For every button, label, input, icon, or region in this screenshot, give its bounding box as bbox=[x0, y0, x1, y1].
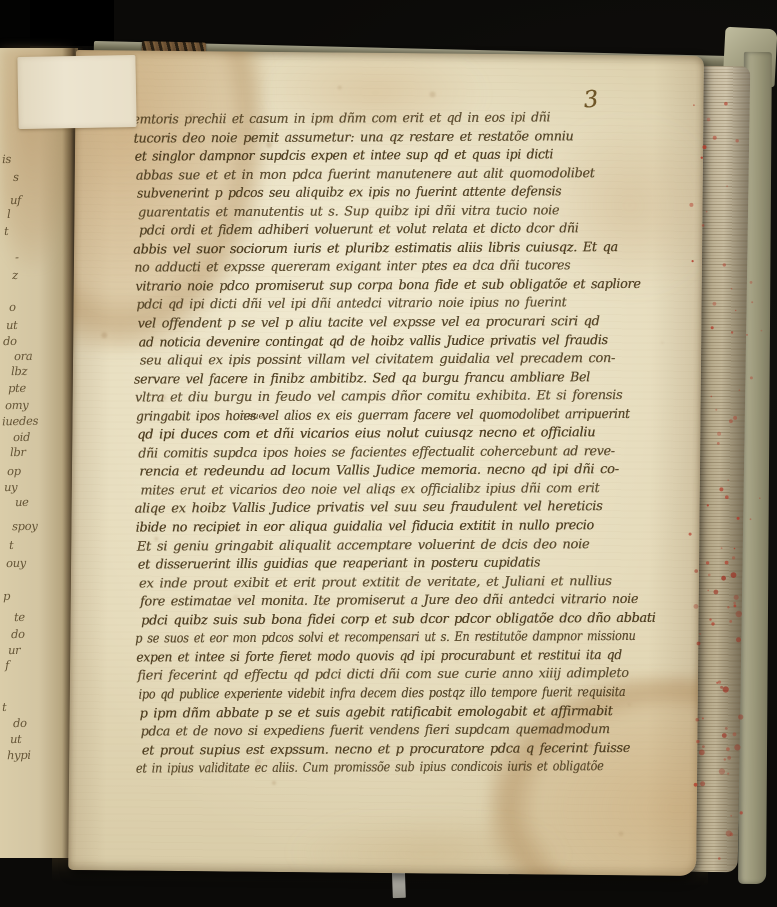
foxing-spot bbox=[101, 332, 107, 338]
facing-page-line-ending: op bbox=[7, 464, 21, 478]
facing-page-line-ending: l bbox=[7, 207, 11, 221]
facing-page-line-ending: z bbox=[12, 268, 18, 282]
repair-patch bbox=[17, 55, 136, 129]
facing-page-line-ending: lbz bbox=[11, 364, 27, 378]
manuscript-text-line: expen et intee si forte fieret modo quov… bbox=[136, 648, 615, 669]
facing-page-line-ending: oid bbox=[13, 430, 30, 444]
facing-page-line-ending: is bbox=[2, 152, 11, 166]
facing-page-line-ending: pte bbox=[8, 381, 26, 395]
facing-page-line-ending: do bbox=[3, 334, 17, 348]
book-cradle-strap bbox=[30, 0, 114, 46]
manuscript-page: 3 emtoris prechii et casum in ipm dñm co… bbox=[68, 50, 704, 876]
facing-page-line-ending: - bbox=[15, 250, 19, 264]
manuscript-photo: issuflt-zoutdooralbzpteomyiuedesoidlbrop… bbox=[0, 0, 777, 907]
facing-page-line-ending: iuedes bbox=[2, 414, 38, 429]
foxing-spot bbox=[661, 342, 663, 344]
facing-page-line-ending: spoy bbox=[12, 519, 38, 533]
foxing-spot bbox=[430, 91, 436, 97]
facing-page-line-ending: p bbox=[3, 589, 10, 603]
manuscript-text-line: et in ipius validitate ec aliis. Cum pro… bbox=[136, 759, 577, 780]
stain bbox=[288, 812, 569, 876]
manuscript-text-line: p se suos et eor mon pdcos solvi et reco… bbox=[135, 630, 575, 651]
facing-page-line-ending: uy bbox=[4, 480, 18, 494]
facing-page-line-ending: t bbox=[4, 224, 9, 238]
facing-page-line-ending: do bbox=[13, 716, 27, 730]
facing-page-line-ending: ut bbox=[6, 318, 18, 332]
facing-page-line-ending: uf bbox=[10, 193, 21, 207]
facing-page-line-ending: ur bbox=[8, 643, 21, 657]
facing-page-line-ending: t bbox=[2, 700, 7, 714]
foxing-spot bbox=[338, 86, 342, 90]
facing-page-line-ending: f bbox=[5, 658, 9, 672]
facing-page-line-ending: omy bbox=[5, 398, 29, 412]
foxing-spot bbox=[618, 831, 623, 836]
facing-page-line-ending: ue bbox=[15, 495, 29, 509]
interlinear-addition: sue bbox=[240, 411, 264, 422]
facing-page-line-ending: ouy bbox=[6, 556, 26, 570]
facing-page-line-ending: ora bbox=[14, 349, 33, 363]
manuscript-text-line: pdca et de novo si expediens fuerit vend… bbox=[141, 722, 629, 743]
manuscript-text-line: ipo qd publice experiente videbit infra … bbox=[138, 685, 577, 706]
facing-page-line-ending: do bbox=[11, 627, 25, 641]
facing-page-line-ending: s bbox=[13, 170, 19, 184]
facing-page-line-ending: lbr bbox=[10, 445, 26, 459]
facing-page-line-ending: ut bbox=[10, 732, 22, 746]
manuscript-text-block: emtoris prechii et casum in ipm dñm com … bbox=[135, 110, 650, 780]
foxing-spot bbox=[272, 781, 276, 785]
facing-page-line-ending: o bbox=[9, 300, 16, 314]
facing-page-line-ending: te bbox=[14, 610, 25, 624]
facing-page-line-ending: t bbox=[9, 538, 14, 552]
facing-page-line-ending: hypi bbox=[7, 748, 31, 762]
manuscript-text-line: gringabit ipos hoies vel alios ex eis gu… bbox=[136, 407, 610, 428]
